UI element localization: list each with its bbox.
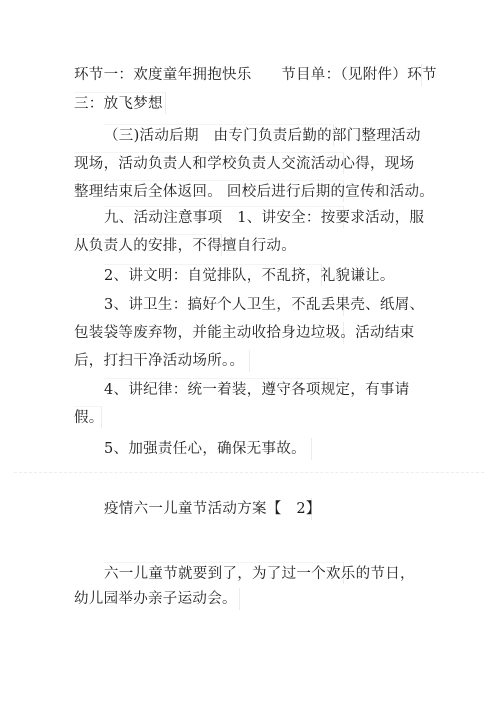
page-separator bbox=[14, 472, 484, 473]
text-line-program-schedule: 环节一：欢度童年拥抱快乐 节目单：（见附件）环节 bbox=[74, 64, 422, 86]
text-line-intro-2: 幼儿园举办亲子运动会。 bbox=[74, 588, 240, 610]
text-line-notes-safety-cont: 从负责人的安排，不得擅自行动。 bbox=[74, 234, 222, 256]
text-line-post-activity-heading: （三)活动后期 由专门负责后勤的部门整理活动 bbox=[104, 124, 334, 146]
text-line-post-activity-body-1: 现场，活动负责人和学校负责人交流活动心得，现场 bbox=[74, 152, 344, 174]
text-line-hygiene-1: 3、讲卫生：搞好个人卫生，不乱丢果壳、纸屑、 bbox=[104, 294, 344, 316]
text-line-notes-heading: 九、活动注意事项 1、讲安全：按要求活动，服 bbox=[104, 206, 344, 228]
section-title-plan-2: 疫情六一儿童节活动方案【 2】 bbox=[104, 498, 312, 520]
text-line-responsibility: 5、加强责任心，确保无事故。 bbox=[104, 438, 312, 460]
text-line-discipline-2: 假。 bbox=[74, 406, 102, 428]
text-line-intro-1: 六一儿童节就要到了，为了过一个欢乐的节日， bbox=[104, 562, 344, 584]
text-line-discipline-1: 4、讲纪律：统一着装，遵守各项规定，有事请 bbox=[104, 378, 338, 400]
text-line-civility: 2、讲文明：自觉排队，不乱挤，礼貌谦让。 bbox=[104, 264, 322, 286]
text-line-post-activity-body-2: 整理结束后全体返回。 回校后进行后期的宣传和活动。 bbox=[74, 180, 344, 202]
text-line-hygiene-2: 包装袋等废弃物，并能主动收拾身边垃圾。活动结束 bbox=[74, 322, 344, 344]
text-line-hygiene-3: 后，打扫干净活动场所。。 bbox=[74, 350, 250, 372]
text-line-segment-three: 三：放飞梦想 bbox=[74, 92, 166, 114]
